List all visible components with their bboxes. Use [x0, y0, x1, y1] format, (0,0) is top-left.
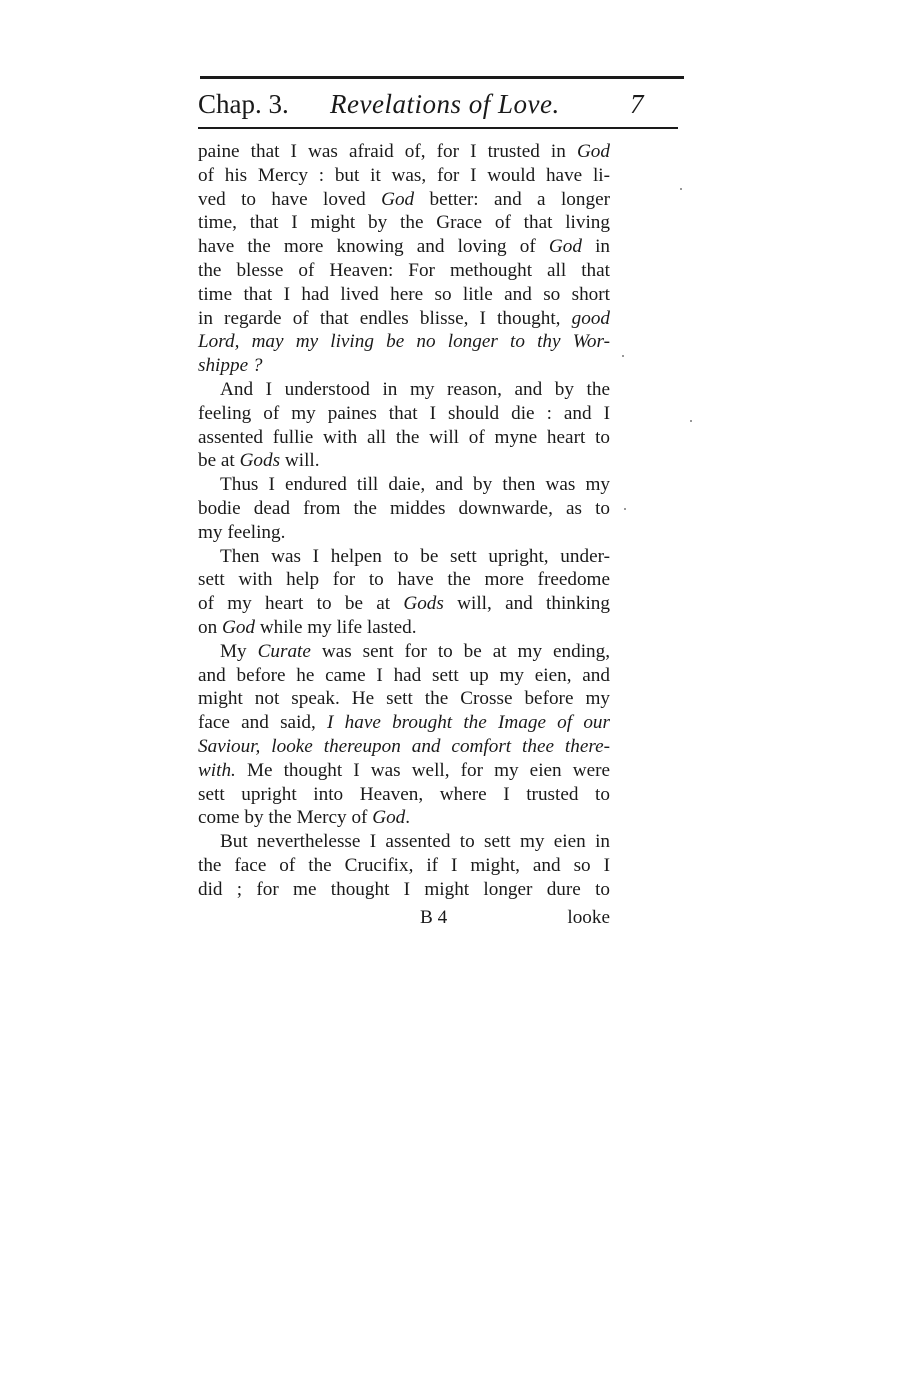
roman-text: might not speak. He sett the Crosse befo…: [198, 688, 610, 709]
roman-text: But neverthelesse I assented to sett my …: [220, 831, 610, 852]
roman-text: be at: [198, 450, 240, 471]
roman-text: And I understood in my reason, and by th…: [220, 379, 610, 400]
text-line: the blesse of Heaven: For methought all …: [198, 259, 610, 283]
roman-text: the blesse of Heaven: For methought all …: [198, 260, 610, 281]
text-line: have the more knowing and loving of God …: [198, 235, 610, 259]
text-line: bodie dead from the middes downwarde, as…: [198, 497, 610, 521]
text-line: come by the Mercy of God.: [198, 806, 610, 830]
text-line: And I understood in my reason, and by th…: [198, 378, 610, 402]
roman-text: My: [220, 641, 258, 662]
top-rule: [200, 76, 684, 79]
roman-text: of my heart to be at: [198, 593, 403, 614]
roman-text: sett upright into Heaven, where I truste…: [198, 784, 610, 805]
text-line: ved to have loved God better: and a long…: [198, 188, 610, 212]
catchword: looke: [567, 906, 610, 930]
roman-text: paine that I was afraid of, for I truste…: [198, 141, 577, 162]
margin-speck: [624, 508, 626, 510]
italic-text: Curate: [258, 641, 311, 662]
roman-text: my feeling.: [198, 522, 285, 543]
text-line: in regarde of that endles blisse, I thou…: [198, 307, 610, 331]
text-line: But neverthelesse I assented to sett my …: [198, 830, 610, 854]
roman-text: sett with help for to have the more free…: [198, 569, 610, 590]
text-line: sett with help for to have the more free…: [198, 568, 610, 592]
text-line: the face of the Crucifix, if I might, an…: [198, 854, 610, 878]
text-line: be at Gods will.: [198, 449, 610, 473]
italic-text: shippe ?: [198, 355, 263, 376]
text-line: on God while my life lasted.: [198, 616, 610, 640]
italic-text: God: [372, 807, 405, 828]
roman-text: better: and a longer: [414, 189, 610, 210]
text-line: face and said, I have brought the Image …: [198, 711, 610, 735]
roman-text: feeling of my paines that I should die :…: [198, 403, 610, 424]
text-line: time, that I might by the Grace of that …: [198, 211, 610, 235]
text-line: my feeling.: [198, 521, 610, 545]
head-rule: [198, 127, 678, 129]
roman-text: Thus I endured till daie, and by then wa…: [220, 474, 610, 495]
roman-text: Then was I helpen to be sett upright, un…: [220, 546, 610, 567]
text-line: of my heart to be at Gods will, and thin…: [198, 592, 610, 616]
text-line: might not speak. He sett the Crosse befo…: [198, 687, 610, 711]
italic-text: Lord, may my living be no longer to thy …: [198, 331, 610, 352]
italic-text: God: [381, 189, 414, 210]
body-text: paine that I was afraid of, for I truste…: [198, 140, 610, 902]
roman-text: of his Mercy : but it was, for I would h…: [198, 165, 610, 186]
running-title: Revelations of Love.: [330, 86, 560, 122]
chapter-label: Chap. 3.: [198, 86, 289, 122]
text-line: My Curate was sent for to be at my endin…: [198, 640, 610, 664]
roman-text: Me thought I was well, for my eien were: [236, 760, 610, 781]
roman-text: ved to have loved: [198, 189, 381, 210]
roman-text: will, and thinking: [444, 593, 610, 614]
italic-text: good: [572, 308, 610, 329]
text-line: Lord, may my living be no longer to thy …: [198, 330, 610, 354]
italic-text: Saviour, looke thereupon and comfort the…: [198, 736, 610, 757]
italic-text: God: [549, 236, 582, 257]
text-line: did ; for me thought I might longer dure…: [198, 878, 610, 902]
italic-text: with.: [198, 760, 236, 781]
roman-text: bodie dead from the middes downwarde, as…: [198, 498, 610, 519]
roman-text: .: [405, 807, 410, 828]
roman-text: and before he came I had sett up my eien…: [198, 665, 610, 686]
footer-line: B 4 looke: [198, 906, 610, 930]
roman-text: assented fullie with all the will of myn…: [198, 427, 610, 448]
roman-text: while my life lasted.: [255, 617, 416, 638]
roman-text: will.: [280, 450, 319, 471]
text-line: feeling of my paines that I should die :…: [198, 402, 610, 426]
italic-text: Gods: [240, 450, 281, 471]
roman-text: in regarde of that endles blisse, I thou…: [198, 308, 572, 329]
text-line: Then was I helpen to be sett upright, un…: [198, 545, 610, 569]
roman-text: was sent for to be at my ending,: [311, 641, 610, 662]
roman-text: in: [582, 236, 610, 257]
roman-text: time that I had lived here so litle and …: [198, 284, 610, 305]
text-line: sett upright into Heaven, where I truste…: [198, 783, 610, 807]
text-line: time that I had lived here so litle and …: [198, 283, 610, 307]
roman-text: face and said,: [198, 712, 327, 733]
margin-speck: [680, 188, 682, 190]
text-line: of his Mercy : but it was, for I would h…: [198, 164, 610, 188]
margin-speck: [690, 420, 692, 422]
text-line: paine that I was afraid of, for I truste…: [198, 140, 610, 164]
text-line: Thus I endured till daie, and by then wa…: [198, 473, 610, 497]
text-line: Saviour, looke thereupon and comfort the…: [198, 735, 610, 759]
page-number: 7: [630, 86, 644, 122]
italic-text: I have brought the Image of our: [327, 712, 610, 733]
roman-text: time, that I might by the Grace of that …: [198, 212, 610, 233]
text-line: and before he came I had sett up my eien…: [198, 664, 610, 688]
running-head: Chap. 3. Revelations of Love. 7: [198, 86, 668, 122]
roman-text: come by the Mercy of: [198, 807, 372, 828]
italic-text: God: [222, 617, 255, 638]
roman-text: the face of the Crucifix, if I might, an…: [198, 855, 610, 876]
roman-text: did ; for me thought I might longer dure…: [198, 879, 610, 900]
roman-text: on: [198, 617, 222, 638]
roman-text: have the more knowing and loving of: [198, 236, 549, 257]
italic-text: God: [577, 141, 610, 162]
text-line: shippe ?: [198, 354, 610, 378]
text-line: with. Me thought I was well, for my eien…: [198, 759, 610, 783]
margin-speck: [622, 355, 624, 357]
signature-mark: B 4: [420, 906, 447, 930]
text-line: assented fullie with all the will of myn…: [198, 426, 610, 450]
italic-text: Gods: [403, 593, 444, 614]
